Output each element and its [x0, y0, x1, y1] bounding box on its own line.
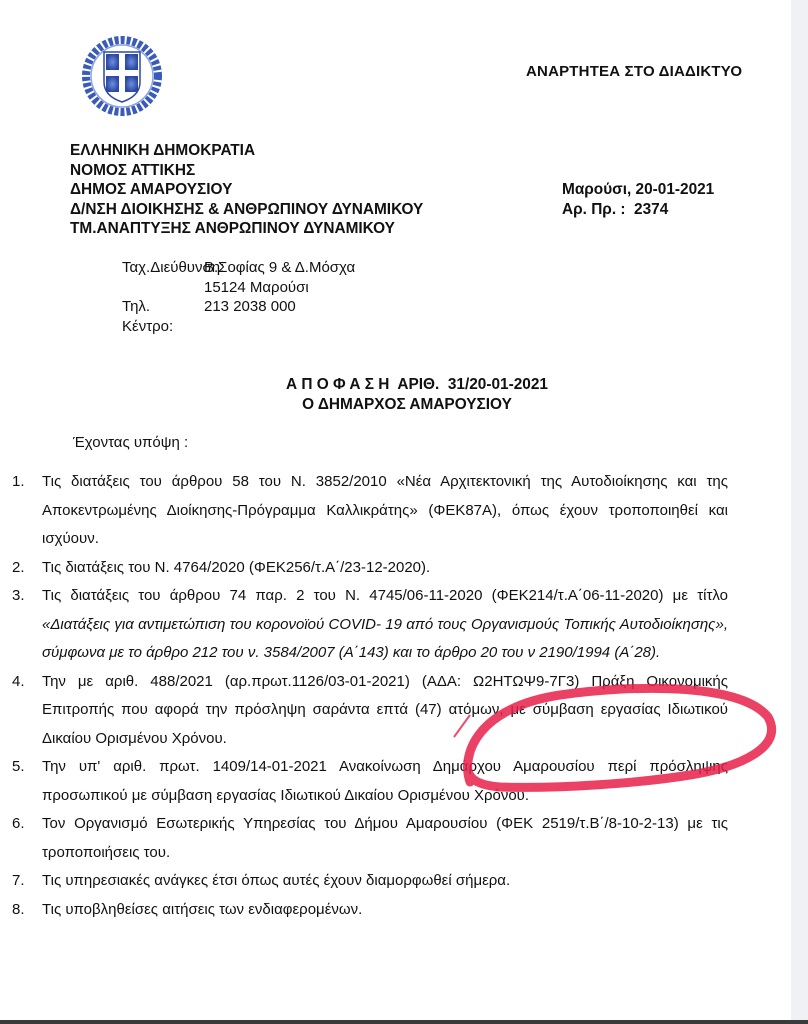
address-line: Β.Σοφίας 9 & Δ.Μόσχα	[204, 258, 355, 278]
address-line: 15124 Μαρούσι	[204, 278, 309, 298]
phone-number: 213 2038 000	[204, 297, 296, 336]
authority-line: ΔΗΜΟΣ ΑΜΑΡΟΥΣΙΟΥ	[70, 180, 423, 200]
decision-number: Α Π Ο Φ Α Σ Η ΑΡΙΘ. 31/20-01-2021	[0, 375, 808, 395]
list-item: 6. Τον Οργανισμό Εσωτερικής Υπηρεσίας το…	[12, 810, 728, 867]
preamble: Έχοντας υπόψη :	[73, 434, 188, 451]
authority-line: ΤΜ.ΑΝΑΠΤΥΞΗΣ ΑΝΘΡΩΠΙΝΟΥ ΔΥΝΑΜΙΚΟΥ	[70, 219, 423, 239]
bottom-bar	[0, 1020, 808, 1024]
post-online-note: ΑΝΑΡΤΗΤΕΑ ΣΤΟ ΔΙΑΔΙΚΤΥΟ	[526, 63, 742, 80]
authority-line: Δ/ΝΣΗ ΔΙΟΙΚΗΣΗΣ & ΑΝΘΡΩΠΙΝΟΥ ΔΥΝΑΜΙΚΟΥ	[70, 200, 423, 220]
authority-line: ΝΟΜΟΣ ΑΤΤΙΚΗΣ	[70, 161, 423, 181]
address-label: Ταχ.Διεύθυνση:	[122, 258, 204, 278]
issuing-authority: ΕΛΛΗΝΙΚΗ ΔΗΜΟΚΡΑΤΙΑ ΝΟΜΟΣ ΑΤΤΙΚΗΣ ΔΗΜΟΣ …	[70, 141, 423, 239]
list-item: 1. Τις διατάξεις του άρθρου 58 του Ν. 38…	[12, 468, 728, 554]
greek-coat-of-arms-icon	[80, 34, 164, 118]
place-date: Μαρούσι, 20-01-2021	[562, 180, 714, 200]
protocol-number: Αρ. Πρ. : 2374	[562, 200, 714, 220]
list-item: 4. Την με αριθ. 488/2021 (αρ.πρωτ.1126/0…	[12, 668, 728, 754]
date-block: Μαρούσι, 20-01-2021 Αρ. Πρ. : 2374	[562, 180, 714, 219]
phone-label: Τηλ. Κέντρο:	[122, 297, 204, 336]
viewer-side-strip	[791, 0, 808, 1020]
authority-line: ΕΛΛΗΝΙΚΗ ΔΗΜΟΚΡΑΤΙΑ	[70, 141, 423, 161]
list-item: 2. Τις διατάξεις του Ν. 4764/2020 (ΦΕΚ25…	[12, 554, 728, 583]
decision-title: Α Π Ο Φ Α Σ Η ΑΡΙΘ. 31/20-01-2021 Ο ΔΗΜΑ…	[0, 375, 808, 414]
list-item: 7. Τις υπηρεσιακές ανάγκες έτσι όπως αυτ…	[12, 867, 728, 896]
list-item: 5. Την υπ' αριθ. πρωτ. 1409/14-01-2021 Α…	[12, 753, 728, 810]
list-item: 3. Τις διατάξεις του άρθρου 74 παρ. 2 το…	[12, 582, 728, 668]
decision-issuer: Ο ΔΗΜΑΡΧΟΣ ΑΜΑΡΟΥΣΙΟΥ	[0, 395, 808, 415]
considerations-list: 1. Τις διατάξεις του άρθρου 58 του Ν. 38…	[12, 468, 728, 924]
list-item: 8. Τις υποβληθείσες αιτήσεις των ενδιαφε…	[12, 896, 728, 925]
contact-info: Ταχ.Διεύθυνση:Β.Σοφίας 9 & Δ.Μόσχα 15124…	[122, 258, 355, 336]
